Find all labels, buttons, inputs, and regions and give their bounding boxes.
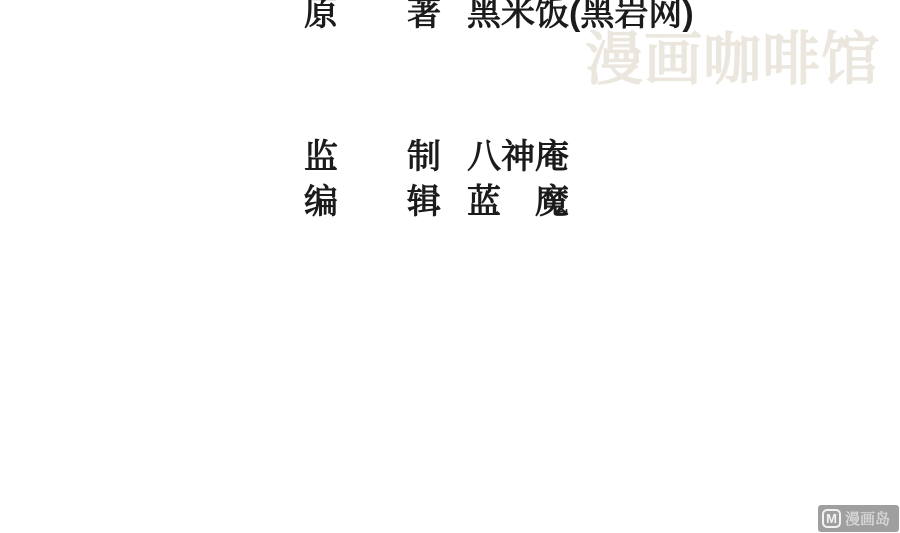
manhuadao-logo-text: 漫画岛 <box>845 508 890 529</box>
credit-role-char: 辑 <box>407 185 441 219</box>
manhuadao-logo: M 漫画岛 <box>818 505 899 532</box>
credit-row-supervisor: 监 制 八神庵 <box>0 140 900 176</box>
credit-role-char: 制 <box>407 140 441 174</box>
credit-role-char: 编 <box>304 185 338 219</box>
credit-role-char: 监 <box>304 140 338 174</box>
credit-row-original-author: 原 著 黑米饭(黑岩网) <box>0 0 900 33</box>
credit-row-editor: 编 辑 蓝 魔 <box>0 185 900 221</box>
credit-value: 黑米饭(黑岩网) <box>467 0 694 31</box>
credit-value: 八神庵 <box>467 140 569 174</box>
manhuadao-m-icon: M <box>822 509 841 528</box>
credit-value: 蓝 魔 <box>467 185 569 219</box>
credit-role-char: 著 <box>407 0 441 31</box>
credit-role-char: 原 <box>304 0 338 31</box>
